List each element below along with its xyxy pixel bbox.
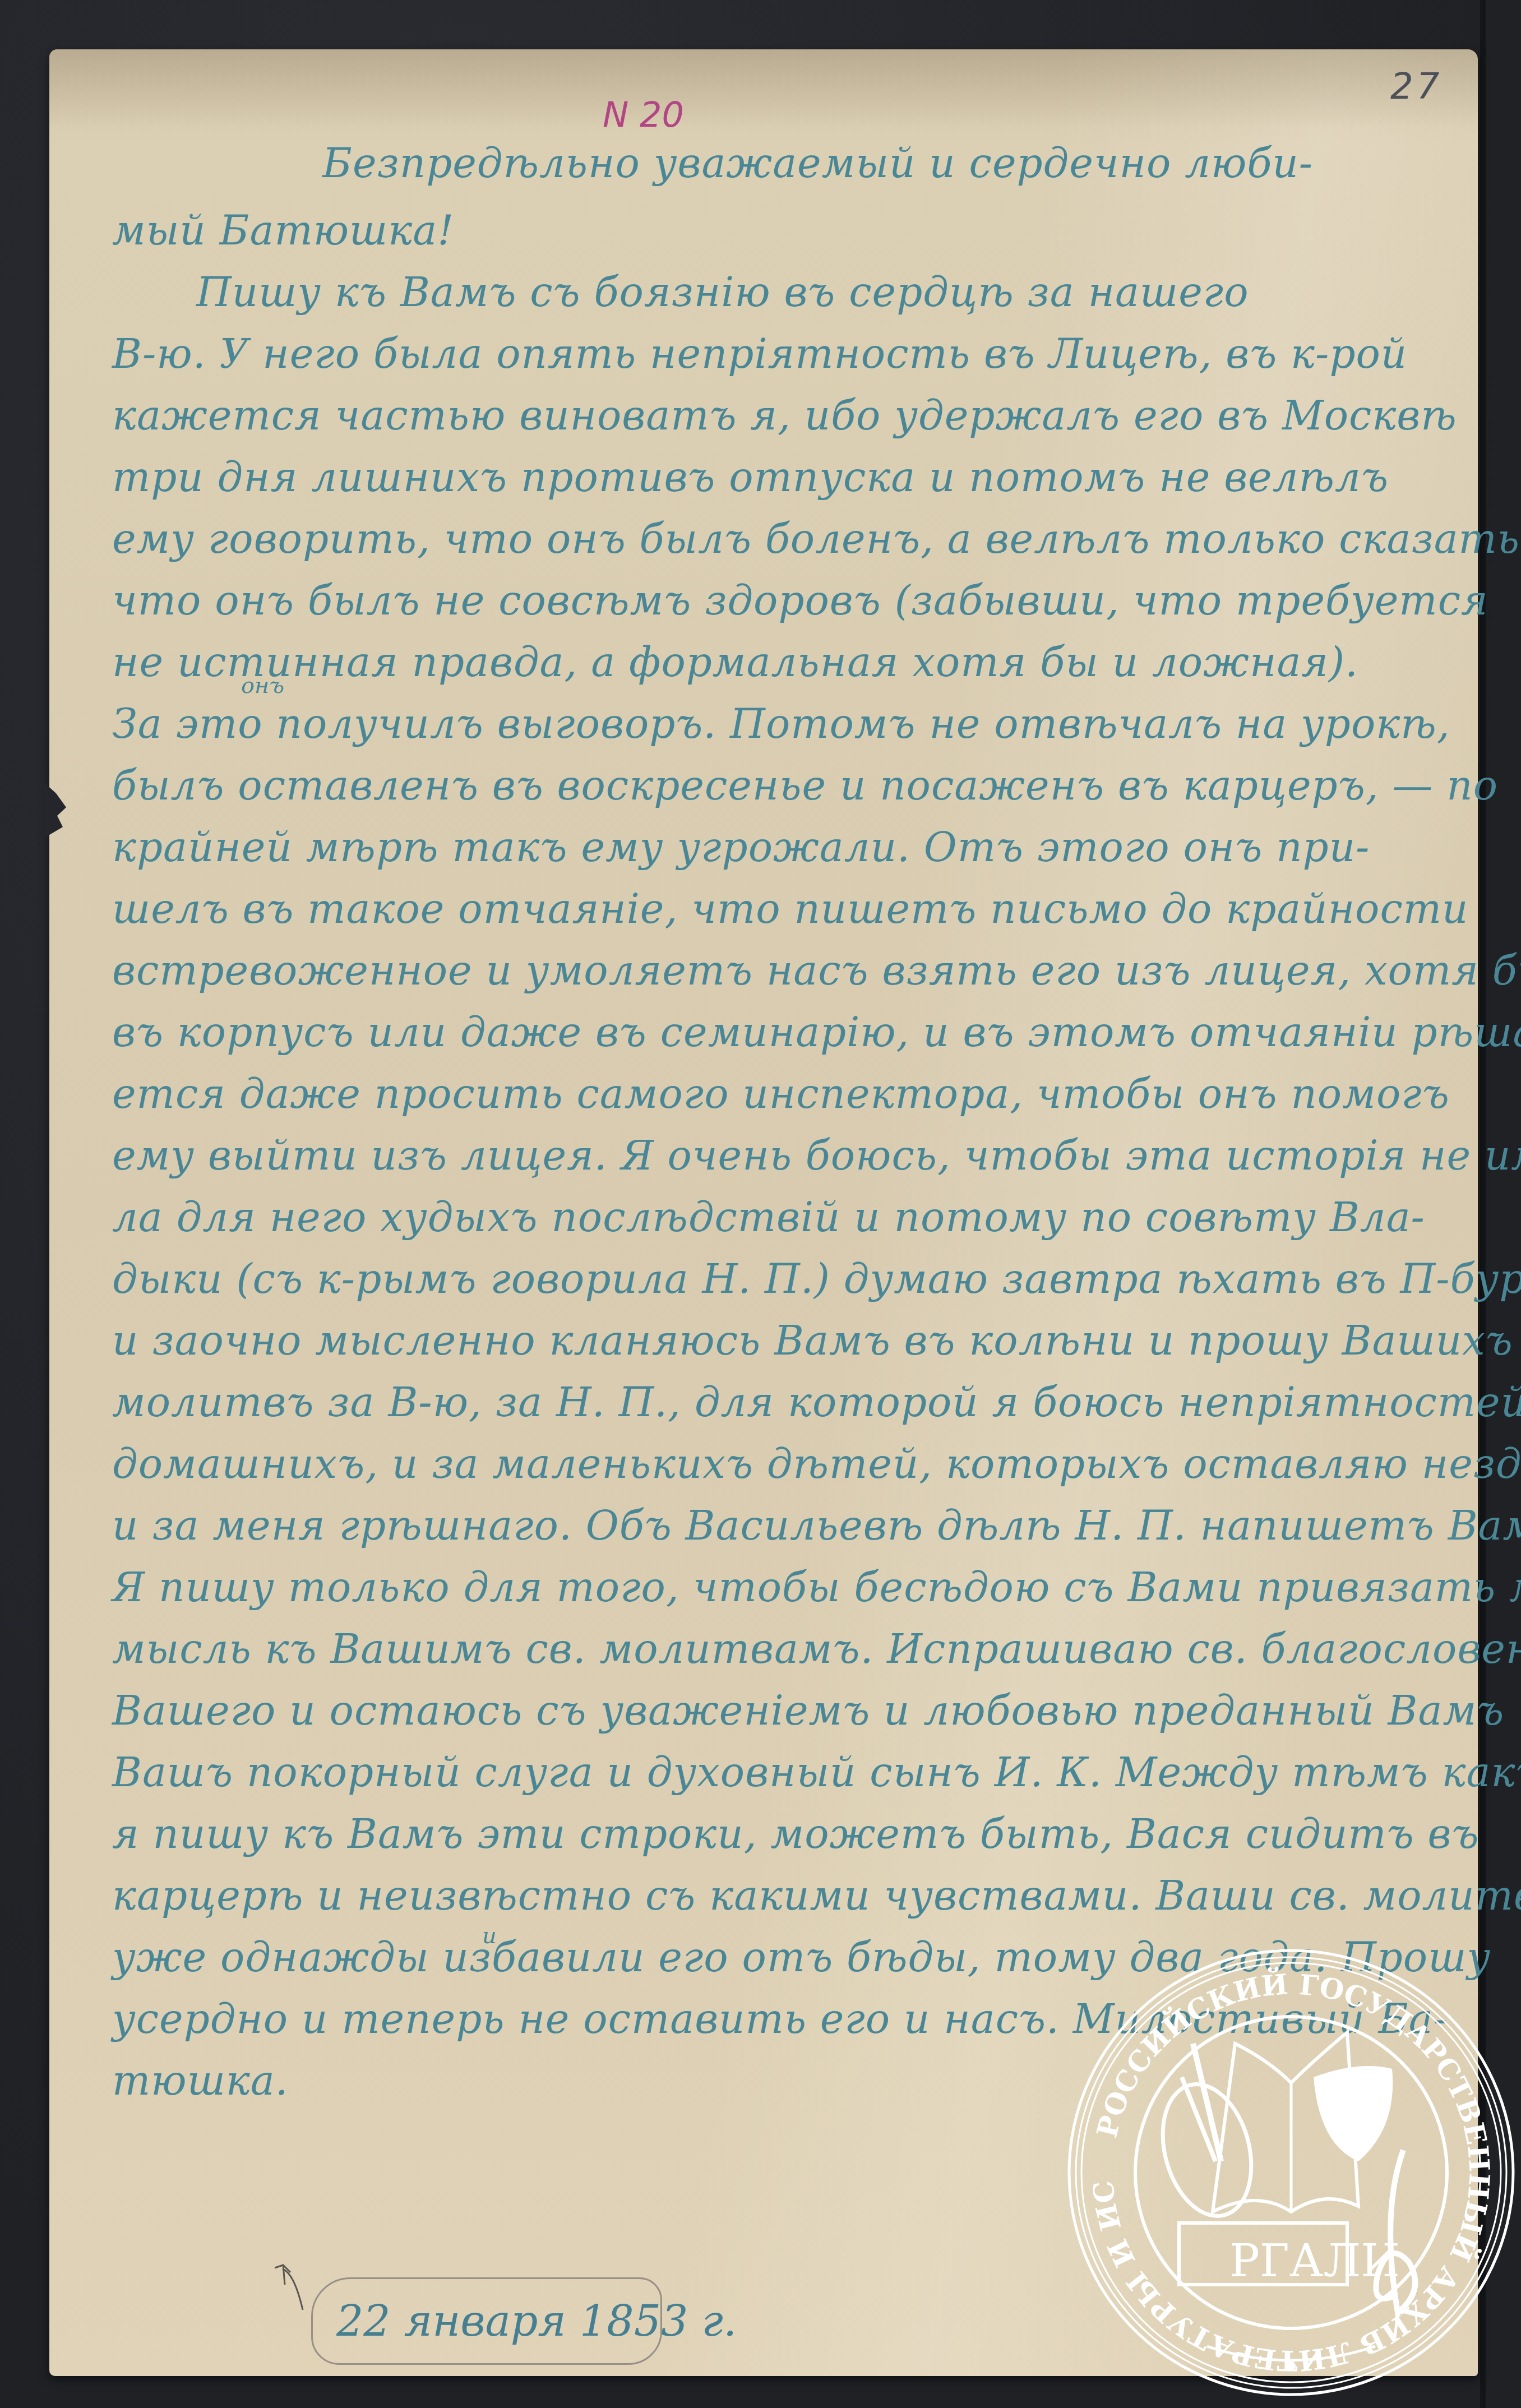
letter-line: и заочно мысленно кланяюсь Вамъ въ колѣн…	[112, 1320, 1521, 1361]
letter-line: что онъ былъ не совсѣмъ здоровъ (забывши…	[112, 580, 1488, 621]
interlinear-insertion: онъ	[241, 673, 284, 699]
letter-line: ему выйти изъ лицея. Я очень боюсь, чтоб…	[112, 1135, 1521, 1176]
letter-date: 22 января 1853 г.	[336, 2296, 737, 2346]
letter-line: Вашъ покорный слуга и духовный сынъ И. К…	[112, 1752, 1521, 1792]
letter-line: ется даже просить самого инспектора, что…	[112, 1074, 1450, 1114]
letter-line: крайней мѣрѣ такъ ему угрожали. Отъ этог…	[112, 827, 1370, 867]
letter-line: мый Батюшка!	[112, 210, 454, 251]
letter-line: я пишу къ Вамъ эти строки, можетъ быть, …	[112, 1814, 1479, 1854]
letter-line: шелъ въ такое отчаяніе, что пишетъ письм…	[112, 889, 1468, 929]
letter-line: встревоженное и умоляетъ насъ взять его …	[112, 950, 1521, 991]
letter-line: молитвъ за В-ю, за Н. П., для которой я …	[112, 1382, 1521, 1422]
letter-line: тюшка.	[112, 2060, 289, 2101]
letter-line: и за меня грѣшнаго. Объ Васильевѣ дѣлѣ Н…	[112, 1505, 1521, 1546]
letter-line: въ корпусъ или даже въ семинарію, и въ э…	[112, 1012, 1521, 1052]
letter-line: ла для него худыхъ послѣдствій и потому …	[112, 1197, 1425, 1237]
letter-line: ему говорить, что онъ былъ боленъ, а вел…	[112, 519, 1521, 559]
letter-line: три дня лишнихъ противъ отпуска и потомъ…	[112, 457, 1389, 497]
pencil-arrow-icon	[269, 2262, 314, 2313]
letter-line: Безпредѣльно уважаемый и сердечно люби-	[322, 143, 1313, 183]
letter-line: уже однажды избавили его отъ бѣды, тому …	[112, 1937, 1491, 1977]
letter-line: усердно и теперь не оставить его и насъ.…	[112, 1999, 1448, 2039]
letter-line: былъ оставленъ въ воскресенье и посаженъ…	[112, 765, 1498, 806]
letter-line: карцерѣ и неизвѣстно съ какими чувствами…	[112, 1875, 1521, 1916]
letter-line: В-ю. У него была опять непріятность въ Л…	[112, 334, 1407, 374]
letter-line: Я пишу только для того, чтобы бесѣдою съ…	[112, 1567, 1521, 1607]
letter-body: Безпредѣльно уважаемый и сердечно люби- …	[0, 0, 1521, 2408]
letter-line: не истинная правда, а формальная хотя бы…	[112, 642, 1358, 682]
letter-line: Вашего и остаюсь съ уваженіемъ и любовью…	[112, 1690, 1504, 1731]
letter-line: дыки (съ к-рымъ говорила Н. П.) думаю за…	[112, 1259, 1521, 1299]
letter-line: Пишу къ Вамъ съ боязнію въ сердцѣ за наш…	[196, 272, 1249, 312]
letter-line: мысль къ Вашимъ св. молитвамъ. Испрашива…	[112, 1629, 1521, 1669]
letter-line: кажется частью виноватъ я, ибо удержалъ …	[112, 395, 1457, 436]
letter-line: За это получилъ выговоръ. Потомъ не отвѣ…	[112, 704, 1450, 744]
letter-line: домашнихъ, и за маленькихъ дѣтей, которы…	[112, 1444, 1521, 1484]
